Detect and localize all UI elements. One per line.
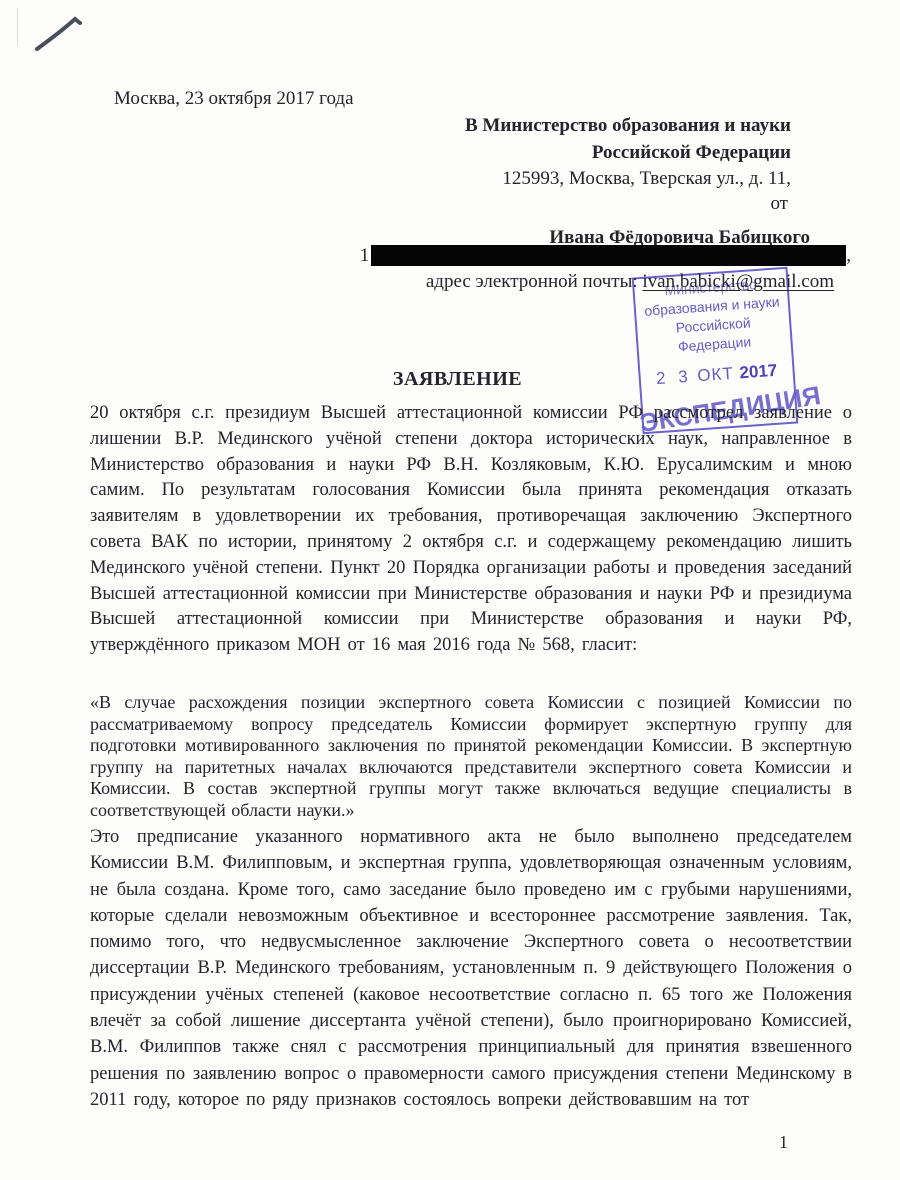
body-paragraph-quote: «В случае расхождения позиции экспертног… (90, 692, 852, 821)
recipient-line-1: В Министерство образования и науки (465, 113, 791, 140)
recipient-block: В Министерство образования и науки Росси… (465, 113, 791, 193)
letter-date-line: Москва, 23 октября 2017 года (114, 88, 354, 110)
email-label: адрес электронной почты: (426, 271, 643, 292)
recipient-address: 125993, Москва, Тверская ул., д. 11, (465, 166, 791, 193)
pen-mark-icon (28, 8, 92, 58)
page-number: 1 (779, 1132, 788, 1153)
document-title: ЗАЯВЛЕНИЕ (90, 368, 825, 391)
email-link: ivan.babicki@gmail.com (642, 271, 834, 292)
address-visible-prefix: 1 (360, 245, 370, 267)
sender-email-line: адрес электронной почты: ivan.babicki@gm… (426, 271, 834, 293)
scan-edge-artifact (17, 8, 18, 46)
address-visible-suffix: , (846, 245, 851, 267)
scanned-letter-page: Министерство образования и науки Российс… (0, 0, 900, 1180)
recipient-line-2: Российской Федерации (465, 140, 791, 167)
body-paragraph-3: Это предписание указанного нормативного … (90, 824, 852, 1113)
sender-address-line: 1 , (360, 245, 851, 267)
from-label: от (770, 193, 788, 215)
redaction-bar (371, 245, 846, 266)
body-paragraph-1: 20 октября с.г. президиум Высшей аттеста… (90, 401, 852, 659)
